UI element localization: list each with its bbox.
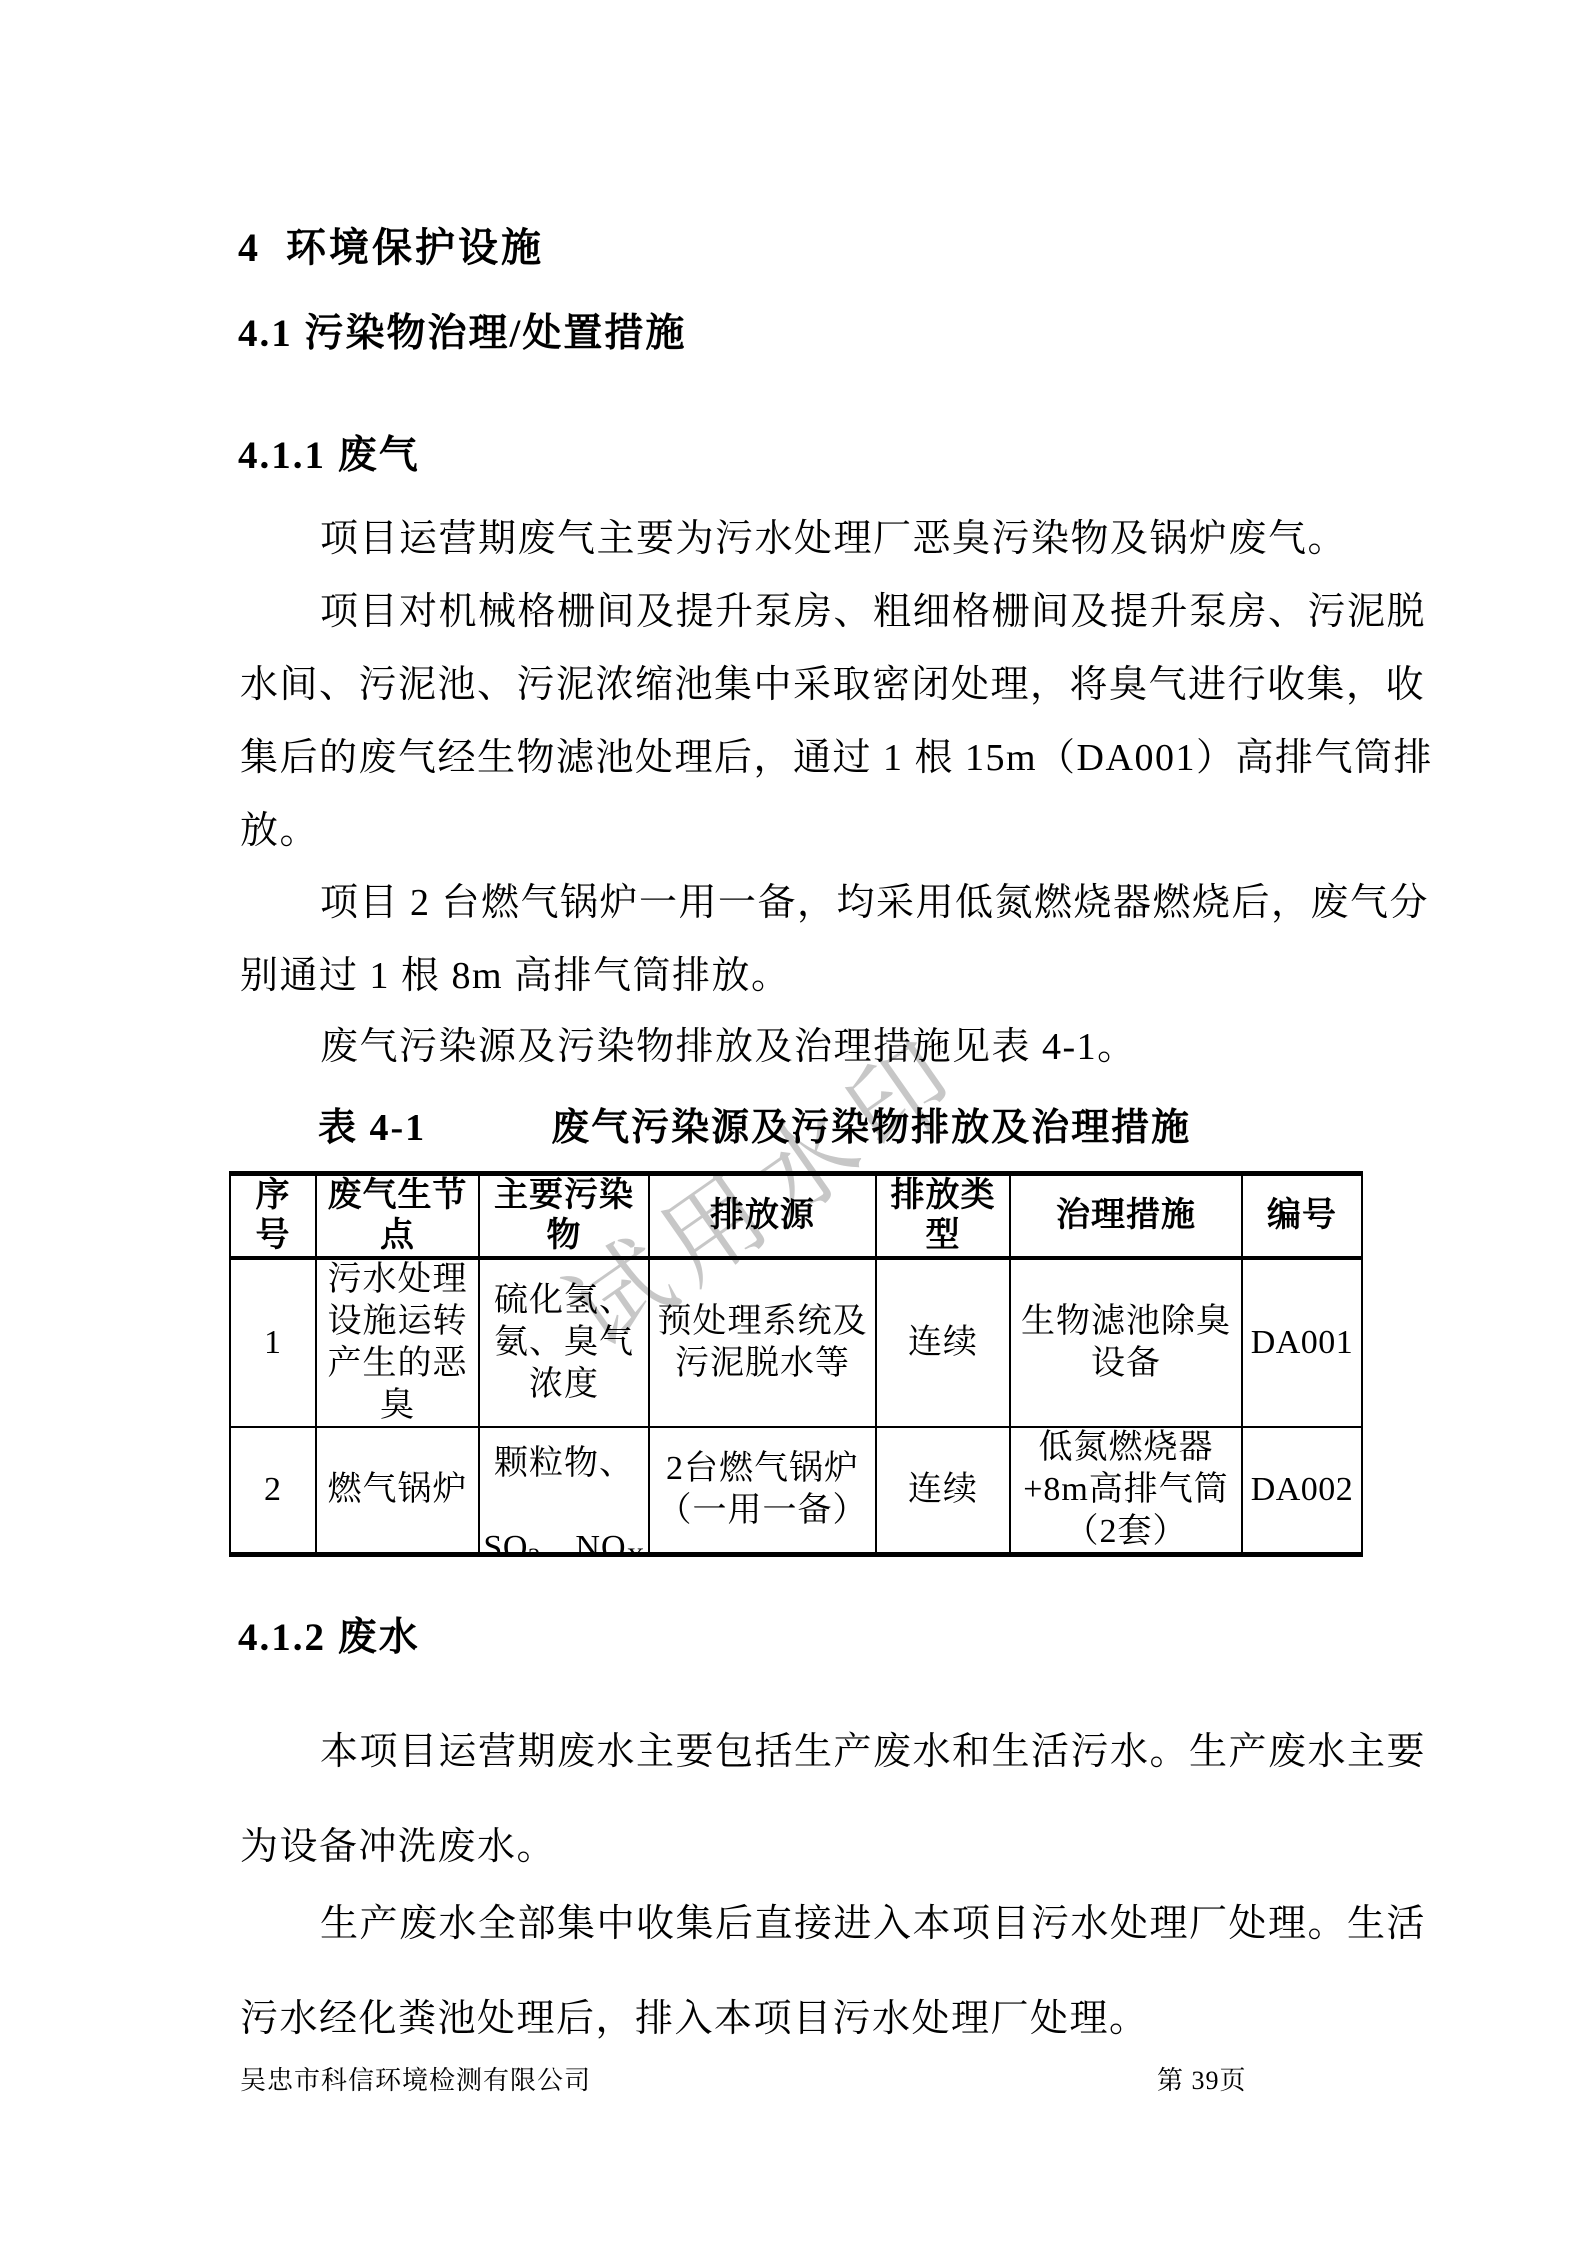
table-row2-pollutant: 颗粒物、 SO2、NOX [480,1428,650,1552]
heading-section-4-1-2: 4.1.2 废水 [238,1606,420,1662]
table-row2-seq: 2 [231,1428,317,1552]
heading-section-4-1: 4.1 污染物治理/处置措施 [238,302,686,358]
table-row1-seq: 1 [231,1260,317,1428]
table-header-measure: 治理措施 [1011,1176,1243,1260]
table-caption-title: 废气污染源及污染物排放及治理措施 [551,1096,1191,1151]
table-header-type: 排放类 型 [877,1176,1011,1260]
heading-section-4-1-1: 4.1.1 废气 [238,424,420,480]
paragraph-gas-overview: 项目运营期废气主要为污水处理厂恶臭污染物及锅炉废气。 [240,503,1452,576]
table-row1-code: DA001 [1243,1260,1361,1428]
footer-page-number: 第 39页 [1157,2060,1247,2097]
table-row2-type: 连续 [877,1428,1011,1552]
paragraph-gas-boiler: 项目 2 台燃气锅炉一用一备，均采用低氮燃烧器燃烧后，废气分 别通过 1 根 8… [240,867,1452,1013]
table-row2-source: 2台燃气锅炉 （一用一备） [650,1428,877,1552]
table-header-seq: 序 号 [231,1176,317,1260]
table-caption-label: 表 4-1 [318,1096,426,1151]
paragraph-gas-table-ref: 废气污染源及污染物排放及治理措施见表 4-1。 [240,1011,1452,1084]
table-header-code: 编号 [1243,1176,1361,1260]
table-caption: 表 4-1 废气污染源及污染物排放及治理措施 [240,1096,1374,1151]
paragraph-water-treatment: 生产废水全部集中收集后直接进入本项目污水处理厂处理。生活 污水经化粪池处理后，排… [240,1877,1452,2067]
paragraph-gas-collection: 项目对机械格栅间及提升泵房、粗细格栅间及提升泵房、污泥脱 水间、污泥池、污泥浓缩… [240,576,1452,868]
table-row1-source: 预处理系统及 污泥脱水等 [650,1260,877,1428]
emission-table: 序 号 废气生节 点 主要污染 物 排放源 排放类 型 治理措施 编号 1 污水… [229,1171,1363,1557]
row2-pollutant-nox-subscript: X [627,1544,645,1552]
row2-pollutant-line1: 颗粒物、 [494,1445,634,1482]
row2-pollutant-so2-base: SO [483,1529,527,1552]
table-row2-code: DA002 [1243,1428,1361,1552]
paragraph-water-overview: 本项目运营期废水主要包括生产废水和生活污水。生产废水主要 为设备冲洗废水。 [240,1705,1452,1895]
table-row1-measure: 生物滤池除臭 设备 [1011,1260,1243,1428]
document-page: 试用水印 4 环境保护设施 4.1 污染物治理/处置措施 4.1.1 废气 项目… [0,0,1587,2245]
table-row1-node: 污水处理 设施运转 产生的恶 臭 [317,1260,480,1428]
row2-pollutant-separator: 、NO [540,1529,626,1552]
footer-company-name: 吴忠市科信环境检测有限公司 [240,2060,591,2097]
table-header-node: 废气生节 点 [317,1176,480,1260]
table-header-source: 排放源 [650,1176,877,1260]
table-row1-pollutant: 硫化氢、 氨、臭气 浓度 [480,1260,650,1428]
table-row2-measure: 低氮燃烧器 +8m高排气筒 （2套） [1011,1428,1243,1552]
heading-chapter-4: 4 环境保护设施 [238,216,544,273]
table-row2-node: 燃气锅炉 [317,1428,480,1552]
row2-pollutant-so2-subscript: 2 [528,1544,541,1552]
table-row1-type: 连续 [877,1260,1011,1428]
table-header-pollutant: 主要污染 物 [480,1176,650,1260]
